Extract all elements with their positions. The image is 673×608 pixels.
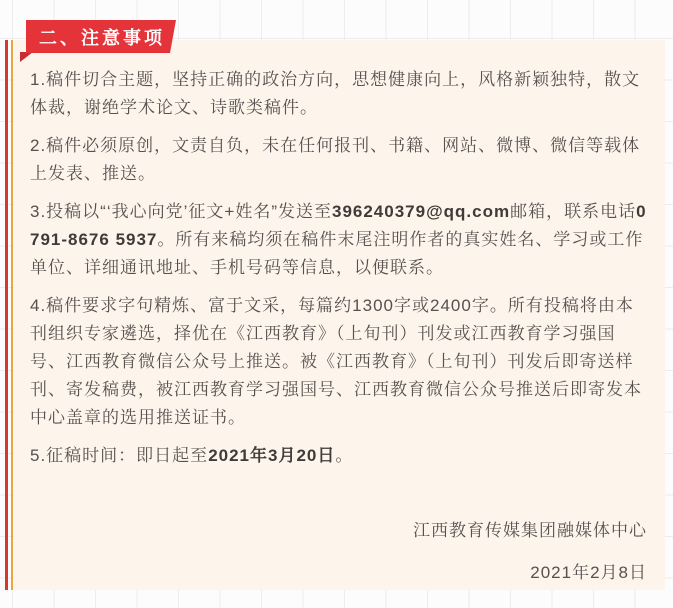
submission-email: 396240379@qq.com	[332, 202, 510, 221]
left-accent-yellow-line	[11, 40, 13, 590]
notice-item-5-text-lead: 5.征稿时间：即日起至	[30, 446, 208, 465]
notice-item-3: 3.投稿以“‘我心向党’征文+姓名”发送至396240379@qq.com邮箱，…	[30, 198, 647, 282]
left-accent-red-line	[5, 40, 8, 590]
notice-item-4: 4.稿件要求字句精炼、富于文采，每篇约1300字或2400字。所有投稿将由本刊组…	[30, 292, 647, 432]
deadline-date: 2021年3月20日	[208, 446, 335, 465]
notice-page: 1.稿件切合主题，坚持正确的政治方向，思想健康向上，风格新颖独特，散文体裁，谢绝…	[0, 0, 673, 608]
notice-item-2: 2.稿件必须原创，文责自负，未在任何报刊、书籍、网站、微博、微信等载体上发表、推…	[30, 132, 647, 188]
notice-item-1-text: 1.稿件切合主题，坚持正确的政治方向，思想健康向上，风格新颖独特，散文体裁，谢绝…	[30, 70, 640, 117]
notice-item-3-text-lead: 3.投稿以“‘我心向党’征文+姓名”发送至	[30, 202, 332, 221]
notice-item-5-text-tail: 。	[335, 446, 353, 465]
notice-footer: 江西教育传媒集团融媒体中心 2021年2月8日	[30, 517, 647, 587]
notice-item-5: 5.征稿时间：即日起至2021年3月20日。	[30, 442, 647, 470]
notice-item-1: 1.稿件切合主题，坚持正确的政治方向，思想健康向上，风格新颖独特，散文体裁，谢绝…	[30, 66, 647, 122]
footer-date: 2021年2月8日	[30, 559, 647, 587]
notice-item-2-text: 2.稿件必须原创，文责自负，未在任何报刊、书籍、网站、微博、微信等载体上发表、推…	[30, 136, 640, 183]
notice-item-4-text: 4.稿件要求字句精炼、富于文采，每篇约1300字或2400字。所有投稿将由本刊组…	[30, 296, 642, 427]
section-header-title: 二、注意事项	[39, 24, 165, 50]
notice-panel: 1.稿件切合主题，坚持正确的政治方向，思想健康向上，风格新颖独特，散文体裁，谢绝…	[14, 40, 665, 590]
notice-item-3-text-mid: 邮箱，联系电话	[510, 202, 636, 221]
section-header-banner: 二、注意事项	[26, 20, 176, 53]
footer-organization: 江西教育传媒集团融媒体中心	[30, 517, 647, 545]
